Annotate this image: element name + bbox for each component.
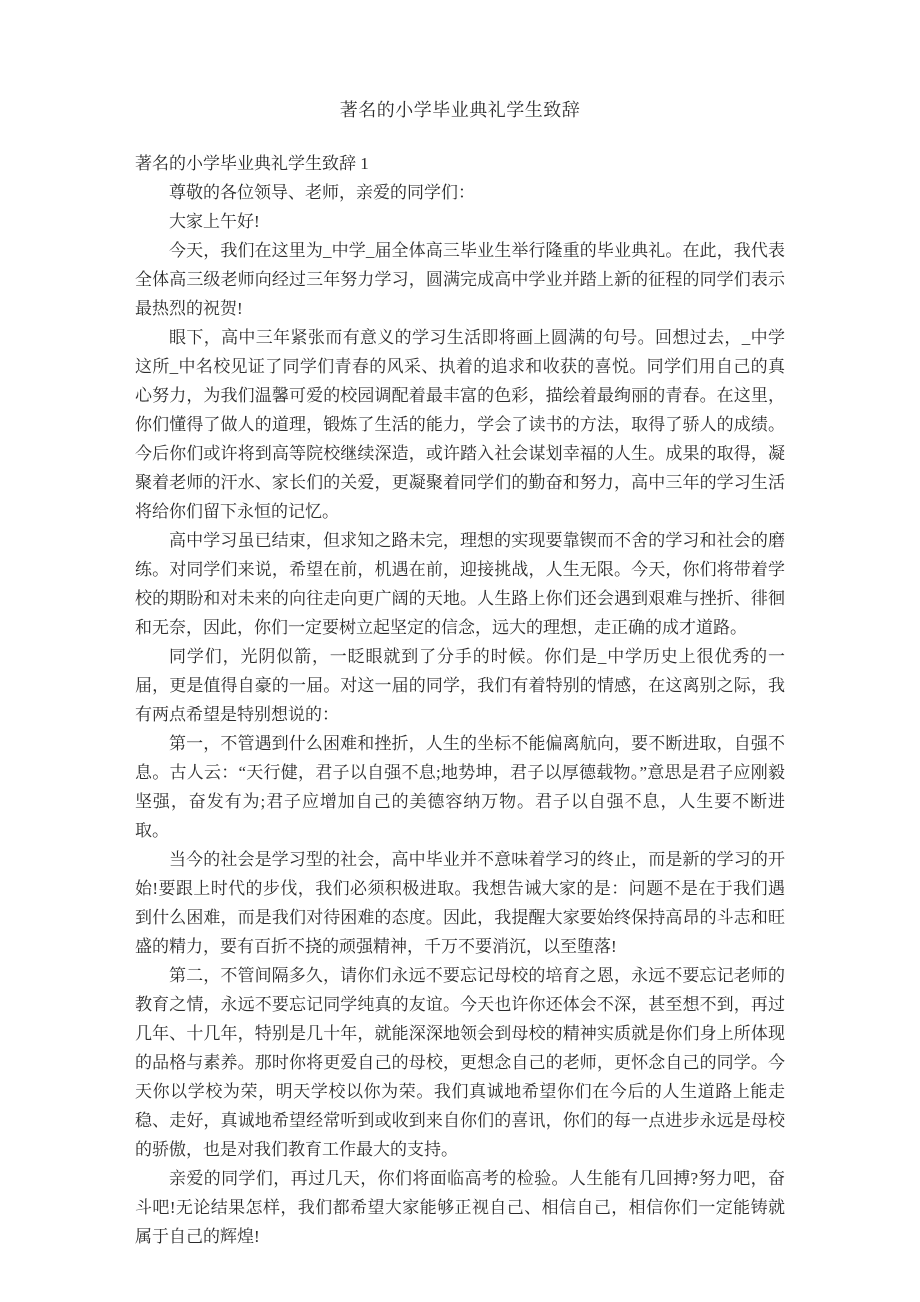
paragraph: 尊敬的各位领导、老师，亲爱的同学们： — [135, 178, 785, 207]
paragraph: 今天，我们在这里为_中学_届全体高三毕业生举行隆重的毕业典礼。在此，我代表全体高… — [135, 236, 785, 323]
paragraph: 第二，不管间隔多久，请你们永远不要忘记母校的培育之恩，永远不要忘记老师的教育之情… — [135, 961, 785, 1164]
paragraph: 眼下，高中三年紧张而有意义的学习生活即将画上圆满的句号。回想过去，_中学这所_中… — [135, 323, 785, 526]
document-title: 著名的小学毕业典礼学生致辞 — [135, 96, 785, 125]
section-heading: 著名的小学毕业典礼学生致辞 1 — [135, 149, 785, 178]
paragraph: 当今的社会是学习型的社会，高中毕业并不意味着学习的终止，而是新的学习的开始!要跟… — [135, 845, 785, 961]
paragraph: 大家上午好! — [135, 207, 785, 236]
paragraph: 同学们，光阴似箭，一眨眼就到了分手的时候。你们是_中学历史上很优秀的一届，更是值… — [135, 642, 785, 729]
paragraph: 亲爱的同学们，再过几天，你们将面临高考的检验。人生能有几回搏?努力吧，奋斗吧!无… — [135, 1164, 785, 1251]
document-page: 著名的小学毕业典礼学生致辞 著名的小学毕业典礼学生致辞 1 尊敬的各位领导、老师… — [0, 0, 920, 1302]
paragraph: 高中学习虽已结束，但求知之路未完，理想的实现要靠锲而不舍的学习和社会的磨练。对同… — [135, 526, 785, 642]
paragraph: 第一，不管遇到什么困难和挫折，人生的坐标不能偏离航向，要不断进取，自强不息。古人… — [135, 729, 785, 845]
